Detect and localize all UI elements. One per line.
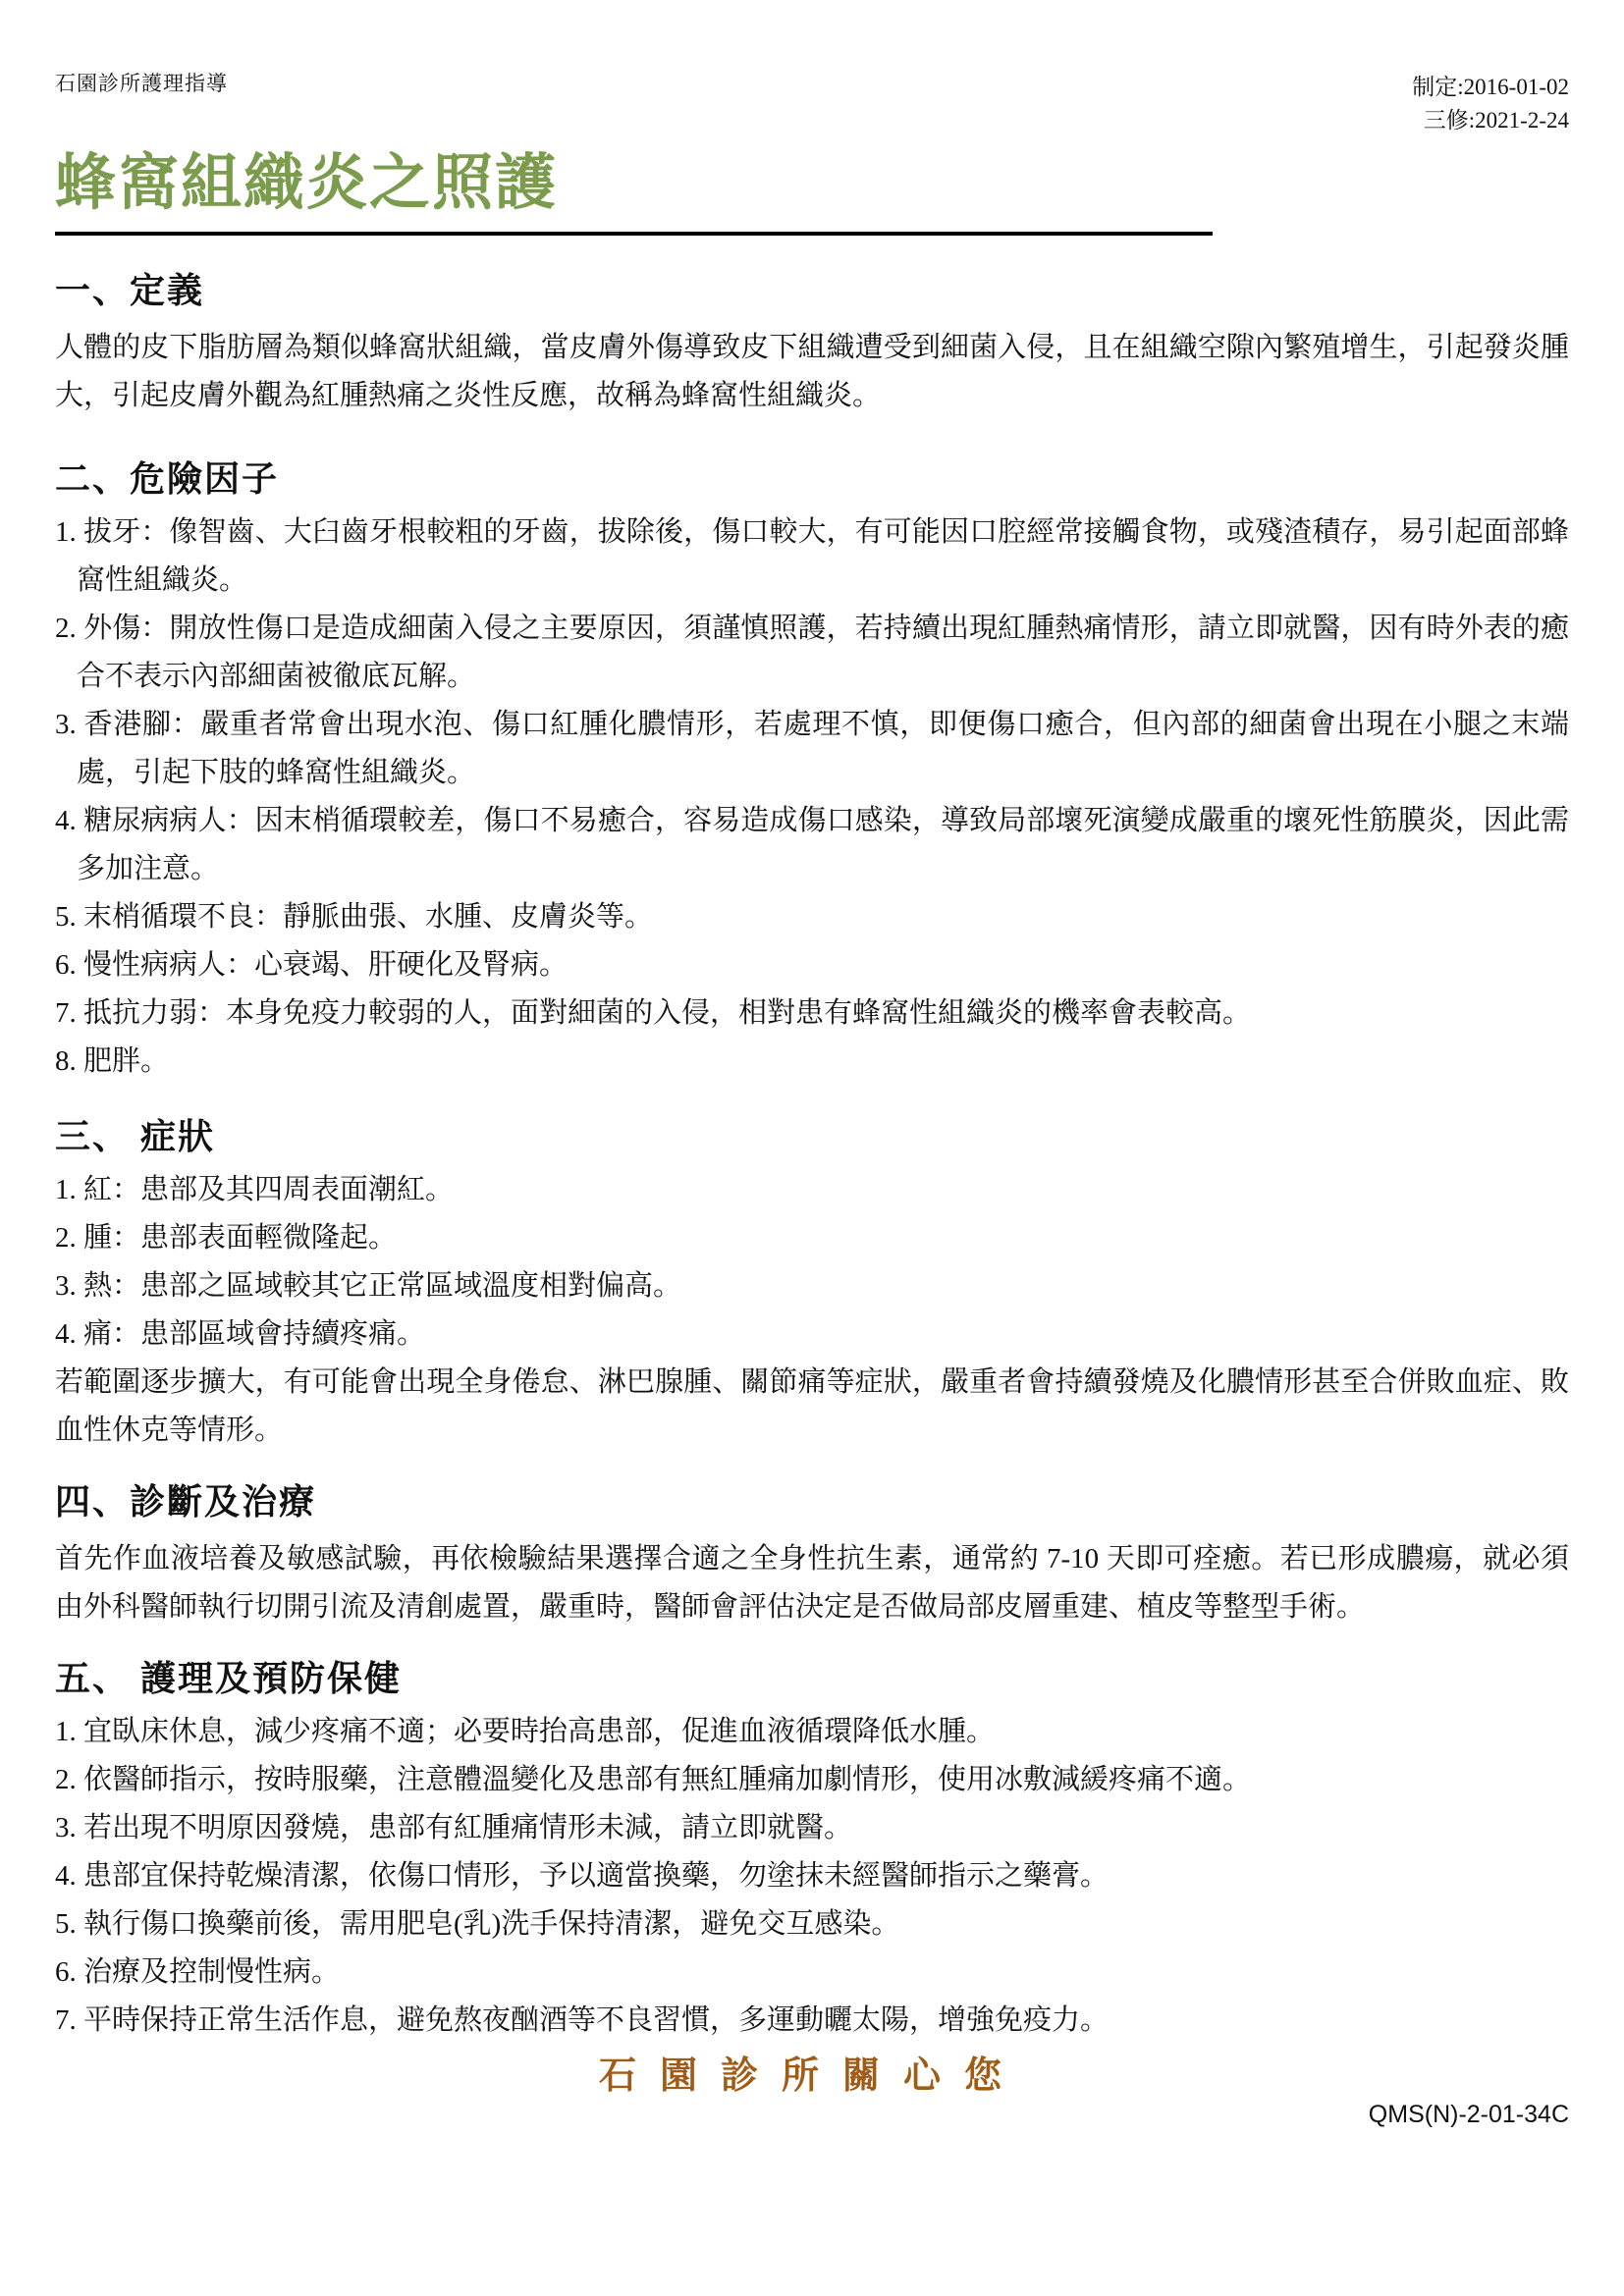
care-item-7: 7. 平時保持正常生活作息，避免熬夜酗酒等不良習慣，多運動曬太陽，增強免疫力。 bbox=[55, 1997, 1569, 2045]
symptom-item-3: 3. 熱：患部之區域較其它正常區域溫度相對偏高。 bbox=[55, 1262, 1569, 1310]
revision-dates: 制定:2016-01-02 三修:2021-2-24 bbox=[1412, 71, 1569, 137]
symptoms-note: 若範圍逐步擴大，有可能會出現全身倦怠、淋巴腺腫、關節痛等症狀，嚴重者會持續發燒及… bbox=[55, 1359, 1569, 1455]
risk-item-3: 3. 香港腳：嚴重者常會出現水泡、傷口紅腫化膿情形，若處理不慎，即便傷口癒合，但… bbox=[55, 701, 1569, 797]
risk-factor-list: 1. 拔牙：像智齒、大臼齒牙根較粗的牙齒，拔除後，傷口較大，有可能因口腔經常接觸… bbox=[55, 508, 1569, 1086]
document-header: 石園診所護理指導 制定:2016-01-02 三修:2021-2-24 bbox=[55, 71, 1569, 137]
org-title: 石園診所護理指導 bbox=[55, 71, 228, 96]
care-item-2: 2. 依醫師指示，按時服藥，注意體溫變化及患部有無紅腫痛加劇情形，使用冰敷減緩疼… bbox=[55, 1756, 1569, 1804]
risk-item-6: 6. 慢性病病人：心衰竭、肝硬化及腎病。 bbox=[55, 941, 1569, 989]
treatment-body: 首先作血液培養及敏感試驗，再依檢驗結果選擇合適之全身性抗生素，通常約 7-10 … bbox=[55, 1535, 1569, 1631]
clinic-slogan: 石園診所關心您 bbox=[55, 2053, 1569, 2100]
created-date: 制定:2016-01-02 bbox=[1412, 71, 1569, 104]
section-heading-risk-factors: 二、危險因子 bbox=[55, 457, 1569, 501]
document-page: 石園診所護理指導 制定:2016-01-02 三修:2021-2-24 蜂窩組織… bbox=[0, 0, 1624, 2296]
care-item-6: 6. 治療及控制慢性病。 bbox=[55, 1949, 1569, 1997]
symptom-list: 1. 紅：患部及其四周表面潮紅。 2. 腫：患部表面輕微隆起。 3. 熱：患部之… bbox=[55, 1166, 1569, 1359]
care-item-4: 4. 患部宜保持乾燥清潔，依傷口情形，予以適當換藥，勿塗抹未經醫師指示之藥膏。 bbox=[55, 1852, 1569, 1900]
section-heading-treatment: 四、診斷及治療 bbox=[55, 1480, 1569, 1523]
revised-date: 三修:2021-2-24 bbox=[1412, 104, 1569, 137]
risk-item-2: 2. 外傷：開放性傷口是造成細菌入侵之主要原因，須謹慎照護，若持續出現紅腫熱痛情… bbox=[55, 605, 1569, 701]
title-underline bbox=[55, 232, 1213, 236]
symptom-item-1: 1. 紅：患部及其四周表面潮紅。 bbox=[55, 1166, 1569, 1214]
risk-item-1: 1. 拔牙：像智齒、大臼齒牙根較粗的牙齒，拔除後，傷口較大，有可能因口腔經常接觸… bbox=[55, 508, 1569, 605]
symptom-item-2: 2. 腫：患部表面輕微隆起。 bbox=[55, 1214, 1569, 1262]
page-title: 蜂窩組織炎之照護 bbox=[55, 145, 1569, 222]
definition-body: 人體的皮下脂肪層為類似蜂窩狀組織，當皮膚外傷導致皮下組織遭受到細菌入侵，且在組織… bbox=[55, 324, 1569, 420]
risk-item-8: 8. 肥胖。 bbox=[55, 1038, 1569, 1086]
section-heading-symptoms: 三、 症狀 bbox=[55, 1115, 1569, 1158]
symptom-item-4: 4. 痛：患部區域會持續疼痛。 bbox=[55, 1310, 1569, 1359]
risk-item-5: 5. 末梢循環不良：靜脈曲張、水腫、皮膚炎等。 bbox=[55, 893, 1569, 941]
care-item-1: 1. 宜臥床休息，減少疼痛不適；必要時抬高患部，促進血液循環降低水腫。 bbox=[55, 1708, 1569, 1756]
section-heading-definition: 一、定義 bbox=[55, 269, 1569, 312]
care-item-3: 3. 若出現不明原因發燒，患部有紅腫痛情形未減，請立即就醫。 bbox=[55, 1804, 1569, 1852]
risk-item-7: 7. 抵抗力弱：本身免疫力較弱的人，面對細菌的入侵，相對患有蜂窩性組織炎的機率會… bbox=[55, 989, 1569, 1038]
risk-item-4: 4. 糖尿病病人：因末梢循環較差，傷口不易癒合，容易造成傷口感染，導致局部壞死演… bbox=[55, 797, 1569, 893]
care-item-5: 5. 執行傷口換藥前後，需用肥皂(乳)洗手保持清潔，避免交互感染。 bbox=[55, 1900, 1569, 1949]
care-list: 1. 宜臥床休息，減少疼痛不適；必要時抬高患部，促進血液循環降低水腫。 2. 依… bbox=[55, 1708, 1569, 2045]
document-code: QMS(N)-2-01-34C bbox=[55, 2100, 1569, 2129]
section-heading-care: 五、 護理及預防保健 bbox=[55, 1657, 1569, 1700]
